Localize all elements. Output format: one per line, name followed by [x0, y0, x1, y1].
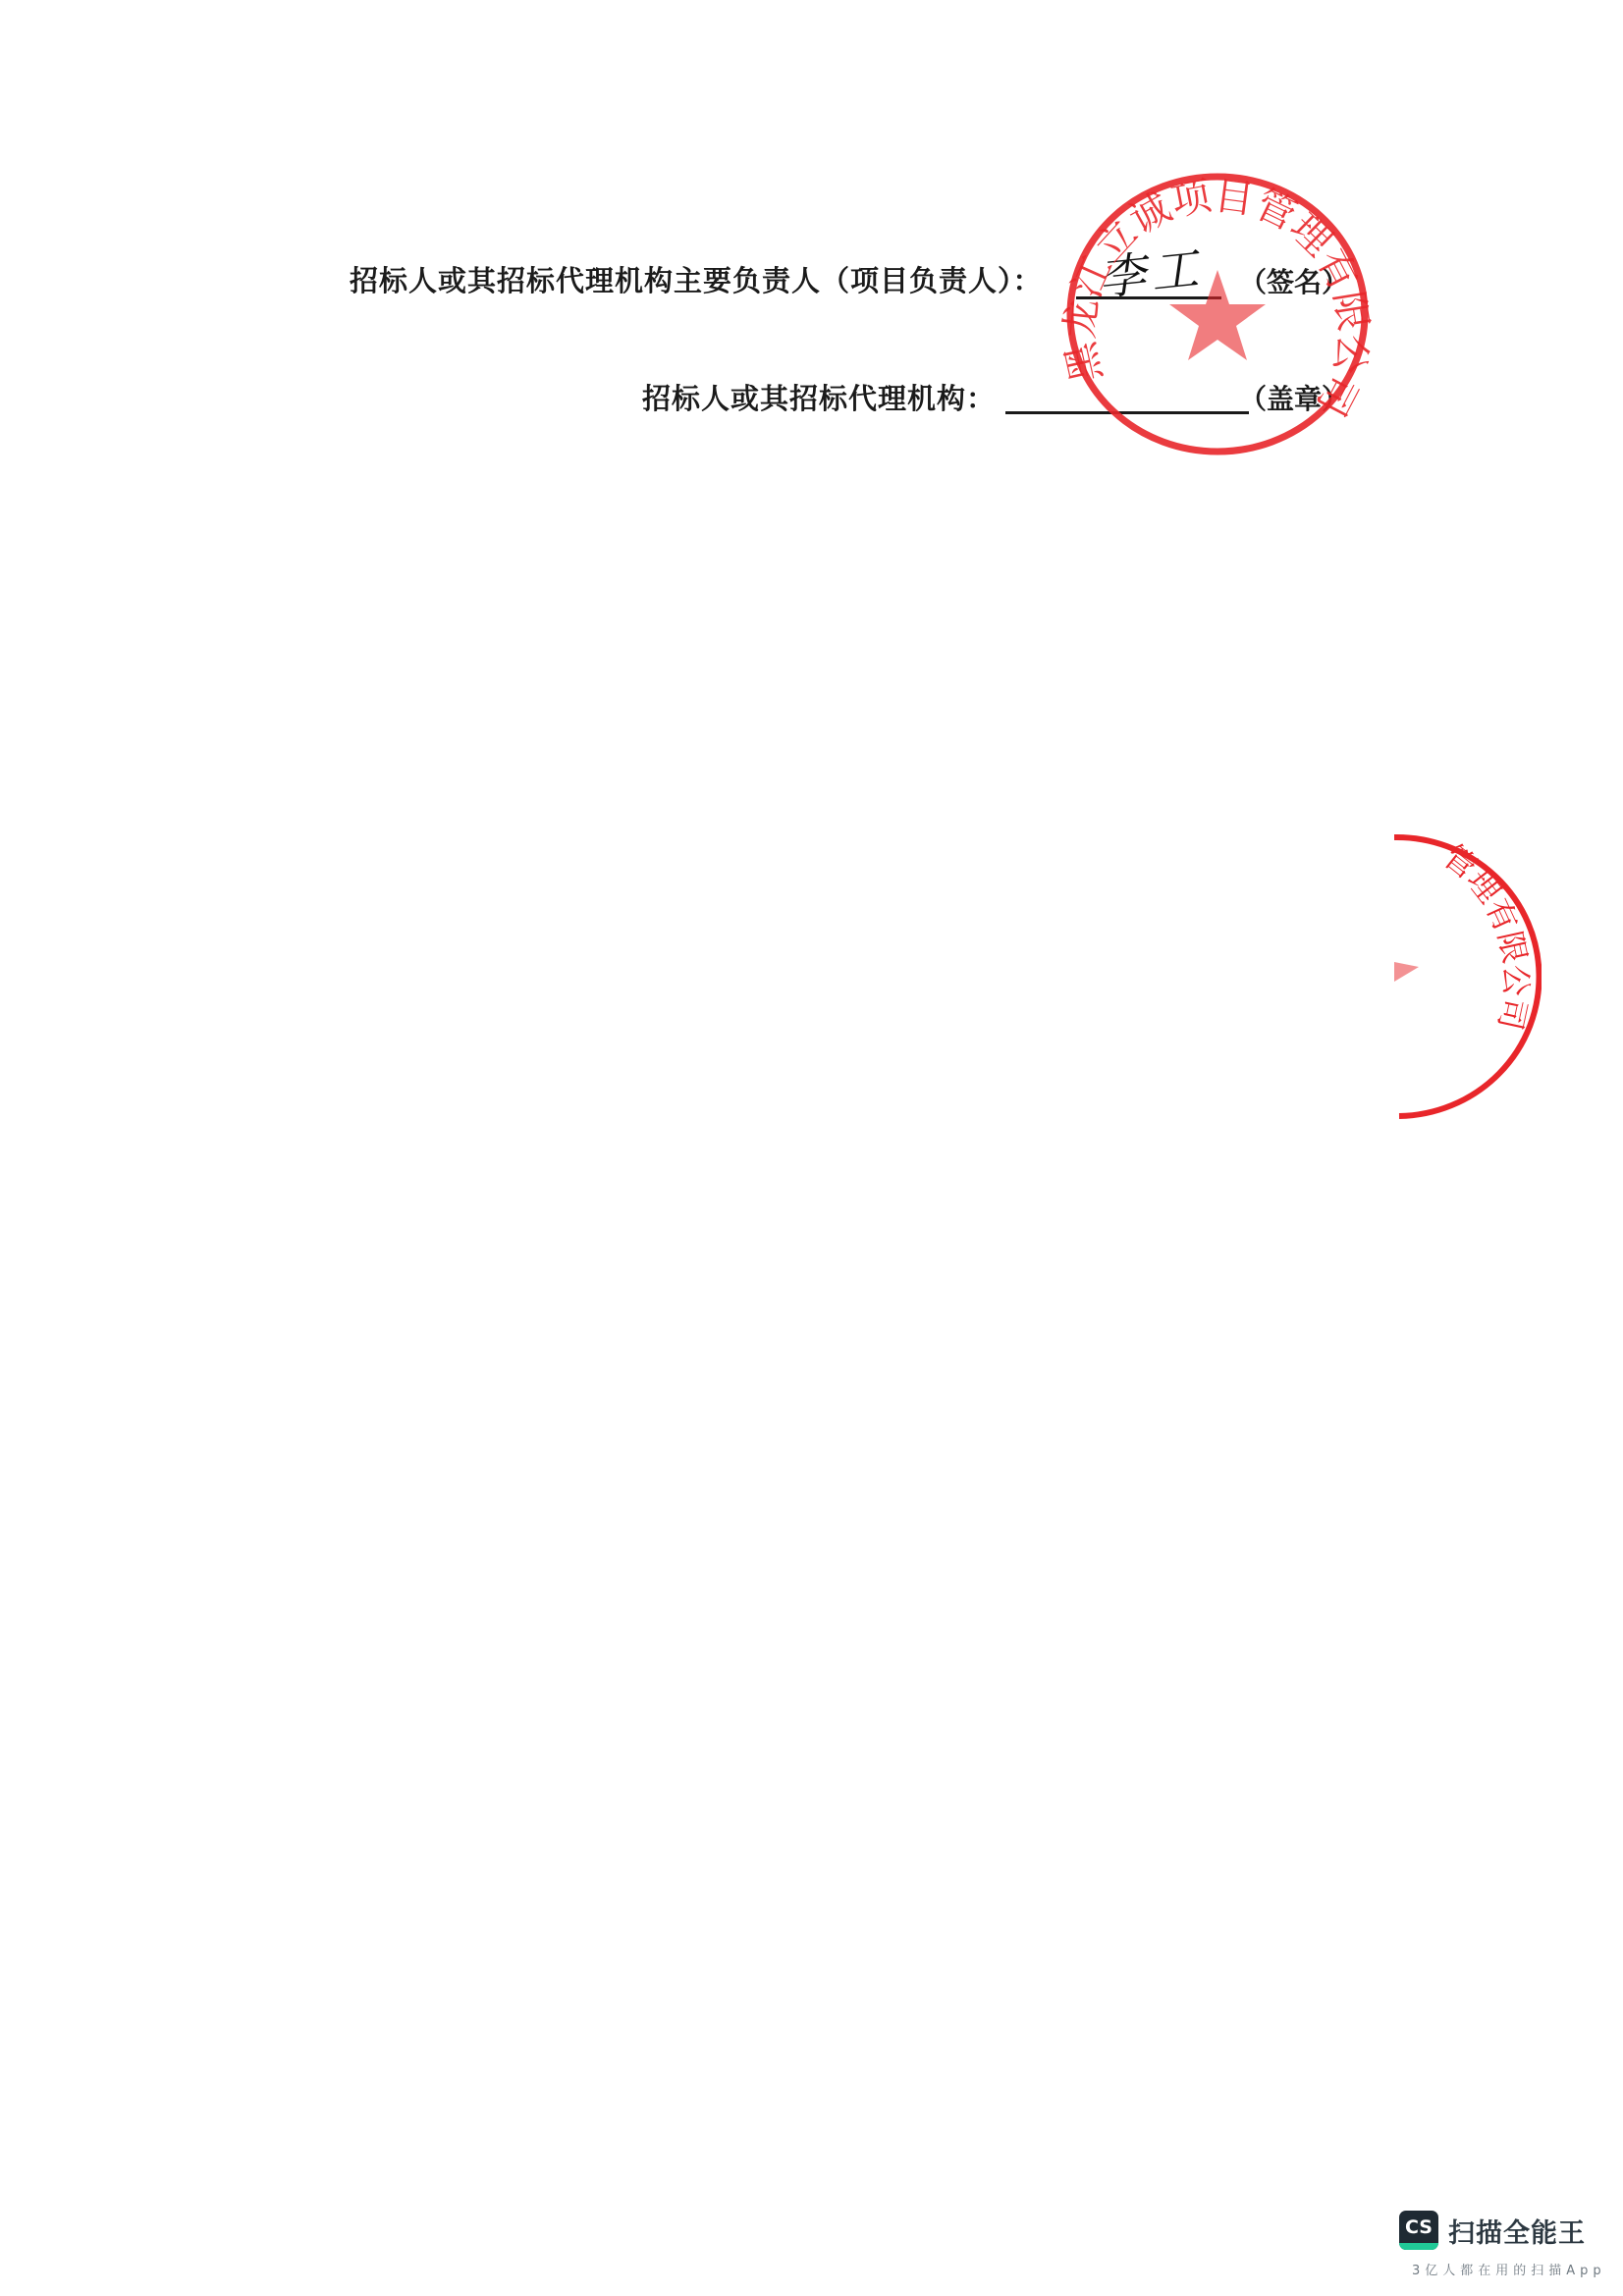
partial-seal: 管理有限公司: [1394, 829, 1542, 1124]
handwritten-signature: 李工: [1095, 231, 1208, 309]
svg-text:管理有限公司: 管理有限公司: [1436, 837, 1535, 1033]
signature-note: （签名）: [1239, 261, 1349, 300]
camscanner-logo-icon: CS: [1399, 2211, 1438, 2250]
camscanner-watermark: CS 扫描全能王: [1399, 2211, 1586, 2250]
camscanner-tagline: 3亿人都在用的扫描App: [1412, 2260, 1606, 2278]
stamp-note: （盖章）: [1239, 378, 1349, 417]
partial-star-icon: [1394, 962, 1419, 982]
partial-seal-text: 管理有限公司: [1436, 837, 1535, 1033]
organization-label: 招标人或其招标代理机构：: [642, 377, 996, 417]
signatory-label: 招标人或其招标代理机构主要负责人（项目负责人）：: [350, 259, 1043, 299]
company-seal: 黑龙江立诚项目管理有限公司: [1055, 167, 1380, 471]
stamp-line: [1005, 411, 1249, 414]
camscanner-app-name: 扫描全能王: [1448, 2212, 1586, 2250]
